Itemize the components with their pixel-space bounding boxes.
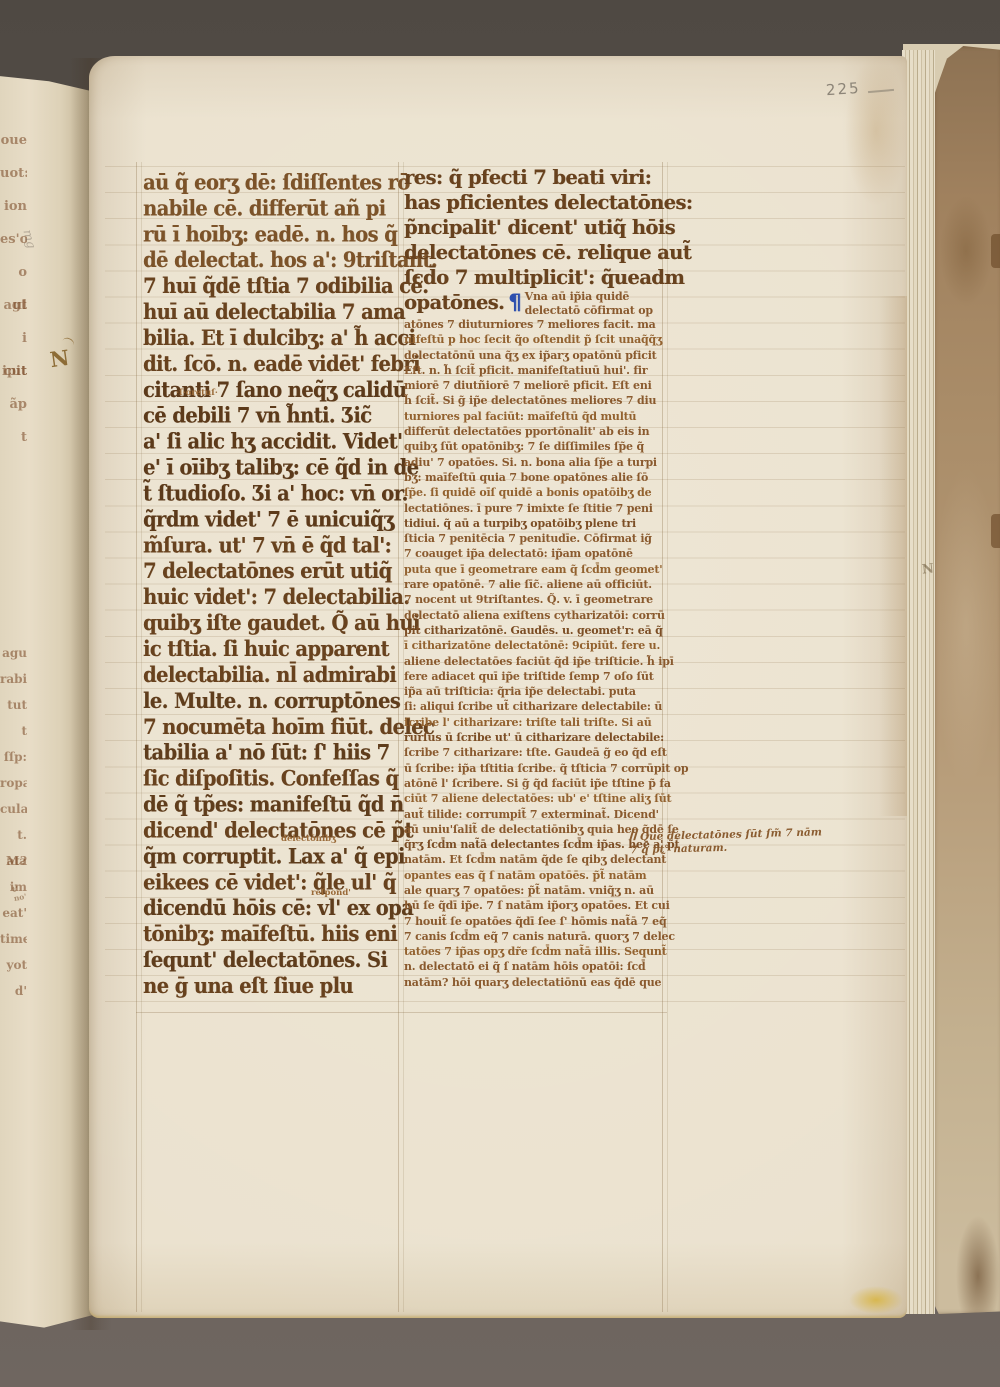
text-line: quibʒ ſūt opatōnibʒ: 7 ſe diſſimiles ſp̃… [404,439,670,454]
text-line: bʒ: maīfeſtū quia 7 bone opatōnes alie ſ… [404,470,670,485]
text-line: huic videt': 7 delectabilia. [143,585,399,611]
manuscript-page: aū q̃ eorʒ dē: ſdiſſentes rōnabile cē. d… [89,56,907,1318]
text-line: dicendū hōis cē: vl' ex opa [143,896,399,922]
text-line: h̃ ſcit̃. Si g̃ ip̃e delectatōnes melior… [404,393,670,408]
ghost-text-fragment: cut [0,355,27,388]
text-column-left: aū q̃ eorʒ dē: ſdiſſentes rōnabile cē. d… [143,170,399,999]
ghost-text-fragment: t. Ma [0,822,27,848]
interlinear-gloss: ·ſ·oretuſ· [176,388,218,398]
text-line: ic tſtia. ſi huic apparent [143,637,399,663]
ghost-text-fragment: uot: [0,157,27,190]
text-line: dē q̃ tp̃es: manifeſtū q̃d n̄ [143,792,399,818]
ghost-text-fragment: tut [0,692,27,718]
text-line: pit citharizatōnē. Gaudēs. u. geomet'r: … [404,623,670,638]
text-line: q̃rdm videt' 7 ē unicuiq̃ʒ [143,507,399,533]
text-line: 7 nocent ut 9triſtantes. Q̃. v. ī geomet… [404,592,670,607]
marginal-note: Que delectatōnes ſūt ſm̃ 7 nām 7 q̃ p̃t°… [630,825,811,858]
text-line: atōnes 7 diuturniores 7 meliores facit. … [404,317,670,332]
ghost-text-column-top: oueuot:iones'opo agtuli ipitcutãpt [0,124,27,454]
end-of-text-rule [136,1012,667,1013]
text-line: 7 coauget ip̃a delectatō: ip̃am opatōnē [404,546,670,561]
text-line: delectabilia. nl̄ admirabi [143,662,399,688]
ghost-text-fragment: t [0,421,27,454]
vertical-ruling [141,162,142,1312]
text-line: aut̃ tilide: corrumpit̃ 7 exterminat̃. D… [404,807,670,822]
paragraph-mark-icon [630,829,638,840]
text-line: has pficientes delectatōnes: [404,190,670,215]
text-line: ne ḡ una eſt ſiue plu [143,974,399,1000]
text-line: 7 canis ſcd̄m eq̃ 7 canis naturā. quorʒ … [404,929,670,944]
text-column-right: res: q̃ pfecti 7 beati viri:has pficient… [404,165,670,990]
text-line: rū ī hoībʒ: eadē. n. hos q̃ [143,222,399,248]
text-line: 7 huī q̃dē tſtia 7 odibilia cē. [143,274,399,300]
text-line: delectatōnū una q̃ʒ ex ip̃arʒ opatōnū pf… [404,348,670,363]
nota-mark-left: N [48,345,70,372]
text-line: ciūt 7 aliene delectatōes: ub' e' tſtine… [404,791,670,806]
text-line: le. Multe. n. corruptōnes [143,688,399,714]
text-line: hū ſe q̃dī ip̃e. 7 ſ natām ip̃orʒ opatōe… [404,898,670,913]
ghost-text-fragment: ãp [0,388,27,421]
ghost-text-fragment: rabir [0,666,27,692]
text-line: bilia. Et ī dulcibʒ: a' h̃ acci [143,326,399,352]
text-line: 7 nocumēta hoīm fiūt. delec [143,714,399,740]
ghost-text-column-bottom: agurabirtuttſſp:ropaculat. Maat?imeat'ti… [0,640,27,1004]
text-line: huī aū delectabilia 7 ama [143,300,399,326]
text-line: tōnibʒ: maīfeſtū. hiis eni [143,922,399,948]
stub-stain [940,196,992,306]
text-line: delectatō aliena exiſtens cytharizatōi: … [404,608,670,623]
text-line: 7 delectatōnes erūt utiq̃ [143,559,399,585]
text-line: adiu' 7 opatōes. Si. n. bona alia ſp̃e a… [404,455,670,470]
ghost-text-fragment: cula [0,796,27,822]
ghost-text-fragment: time [0,926,27,952]
ghost-text-fragment: ropa [0,770,27,796]
text-line: e' ī oīibʒ talibʒ: cē q̃d in de [143,455,399,481]
text-line: ſcribe 7 citharizare: tſte. Gaudeā g̃ eo… [404,745,670,760]
text-line: ū ſcribe: ip̃a tſtitia ſcribe. q̃ tſtici… [404,761,670,776]
ghost-text-fragment: t [0,718,27,744]
vertical-ruling [136,162,137,1312]
yellow-corner-stain [849,1286,903,1314]
folio-number: 225 [825,79,861,99]
text-line: delectatō cōfirmat op [525,304,653,318]
text-line: quibʒ iſte gaudet. Q̃ aū hui [143,611,399,637]
text-line: miorē 7 diutñiorē 7 meliorē pficit. Eſt … [404,378,670,393]
text-line: tatōes 7 ip̃as opʒ dr̃e ſcd̄m nat̃ā illi… [404,944,670,959]
text-line: nifeſtū p hoc ſecit q̃o oſtendit p̃ ſcit… [404,332,670,347]
text-line: dit. ſcō. n. eadē vidēt' febri [143,351,399,377]
text-line: nabile cē. differūt añ pi [143,196,399,222]
clasp-mark [991,234,1000,268]
manuscript-photo: oueuot:iones'opo agtuli ipitcutãpt agura… [0,0,1000,1387]
text-line: ſequnt' delectatōnes. Si [143,948,399,974]
text-line: p̃ncipalit' dicent' utiq̃ hōis [404,215,670,240]
ghost-text-fragment: ſſp: [0,744,27,770]
ghost-text-fragment: i ipit [0,322,27,355]
text-line: tidiui. q̃ aū a turpibʒ opatōibʒ plene t… [404,516,670,531]
text-line: tabilia a' nō ſūt: ſ' hiis 7 [143,740,399,766]
nota-mark-right: N [921,561,934,577]
transition-line: opatōnes. ¶ Vna aū ip̃ia quidēdelectatō … [404,290,670,317]
text-line: m̃ſura. ut' 7 vn̄ ē q̃d tal': [143,533,399,559]
text-line: ſcribe l' citharizare: triſte tali triſt… [404,715,670,730]
text-line: n. delectatō ei q̃ ſ natām hōis opatōi: … [404,959,670,974]
text-line: natām? hōi quarʒ delectatiōnū eas q̃dē q… [404,975,670,990]
text-line: lectatiōnes. ī pure 7 imixte ſe ſtitie 7… [404,501,670,516]
text-line: ale quarʒ 7 opatōes: p̃t̃ natām. vniq̃ʒ … [404,883,670,898]
text-line: ſcd̄o 7 multiplicit': q̃ueadm [404,265,670,290]
ghost-text-fragment: at? [0,848,27,874]
ghost-text-fragment: d' [0,978,27,1004]
ghost-text-fragment: agu [0,640,27,666]
text-line: 7 houit̃ ſe opatōes q̃dī ſee ſ' hōmis na… [404,914,670,929]
text-line: puta que ī geometrare eam q̃ ſcd̄m geome… [404,562,670,577]
interlinear-gloss: delectōnibʒ [281,834,336,844]
text-line: rurſus ū ſcribe ut' ū citharizare delect… [404,730,670,745]
text-line: cē debili 7 vn̄ h̃nti. Ʒic̃ [143,403,399,429]
text-line: turniores pal faciūt: maīfeſtū q̃d multū [404,409,670,424]
text-line: ip̃a aū triſticia: q̃ria ip̃e delectabi.… [404,684,670,699]
binding-stub-leaf [932,46,1000,1314]
text-line: delectatōnes cē. relique aut̃ [404,240,670,265]
text-line: t̃ ſtudioſo. Ʒi a' hoc: vn̄ or. [143,481,399,507]
text-line: opantes eas q̃ ſ natām opatōēs. p̃t̃ nat… [404,868,670,883]
text-line: dē delectat. hos a': 9triſtant. [143,248,399,274]
ghost-text-fragment: o agt [0,256,27,289]
interlinear-gloss: reſpond' [311,888,351,898]
marginal-note-text: 7 q̃ p̃t° naturam. [630,842,727,857]
clasp-mark [991,514,1000,548]
ghost-text-fragment: oue [0,124,27,157]
text-line: fere adiacet quī ip̃e triſtide ſemp 7 oſ… [404,669,670,684]
text-line: rare opatōnē. 7 alie ſīc̃. aliene aū off… [404,577,670,592]
commentary-text-block: atōnes 7 diuturniores 7 meliores facit. … [404,317,670,990]
ghost-text-fragment: yot [0,952,27,978]
ghost-text-fragment: ion [0,190,27,223]
text-line: ſticia 7 penitēcia 7 penitudīe. Cōfirmat… [404,531,670,546]
stub-stain [956,1216,1000,1336]
text-line: Eſt. n. h̃ ſcit̃ pficit. manifeſtatiuū h… [404,363,670,378]
text-line: ſic diſpoſitis. Confeſſas q̃ [143,766,399,792]
text-line: Vna aū ip̃ia quidē [525,290,653,304]
text-line: ſi: aliqui ſcribe ut̃ citharizare delect… [404,699,670,714]
text-line: differūt delectatōes pportōnalit' ab eis… [404,424,670,439]
text-line: q̃m corruptit. Lax a' q̃ epi [143,844,399,870]
text-line: res: q̃ pfecti 7 beati viri: [404,165,670,190]
text-line: aliene delectatōes faciūt q̃d ip̃e triſt… [404,654,670,669]
stub-highlight [932,466,1000,786]
text-line: aū q̃ eorʒ dē: ſdiſſentes rō [143,170,399,196]
text-line: a' ſi alic hʒ accidit. Videt' [143,429,399,455]
large-text-block: res: q̃ pfecti 7 beati viri:has pficient… [404,165,670,290]
text-line: atōnē l' ſcribere. Si g̃ q̃d faciūt ip̃e… [404,776,670,791]
ghost-text-fragment: eat' [0,900,27,926]
text-line: ſp̃e. ſi quidē oīſ quidē a bonis opatōib… [404,485,670,500]
capitulum-icon: ¶ [508,290,521,314]
text-line: eikees cē videt': q̃le ul' q̃ [143,870,399,896]
commentary-intro-lines: Vna aū ip̃ia quidēdelectatō cōfirmat op [525,290,653,317]
text-line: opatōnes. [404,290,504,315]
text-line: dicend' delectatōnes cē p̃t [143,818,399,844]
text-line: ī citharizatōne delectatōnē: 9cipiūt. fe… [404,638,670,653]
